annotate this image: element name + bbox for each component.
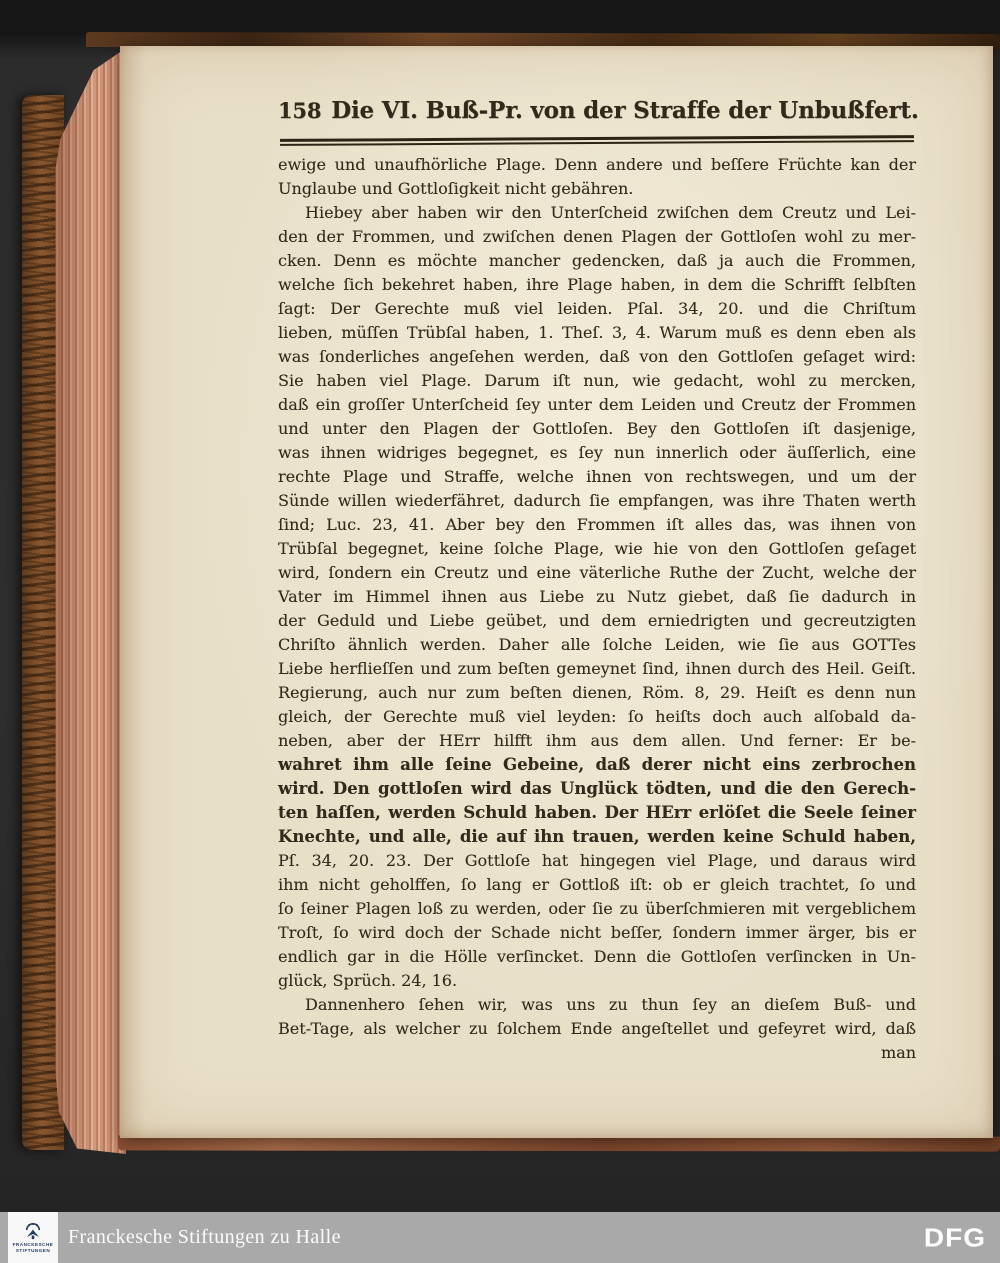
text-line: ſo ſeiner Plagen loß zu werden, oder ſie… (278, 897, 916, 921)
dfg-logo[interactable]: DFG (924, 1223, 986, 1252)
text-line: ewige und unaufhörliche Plage. Denn ande… (278, 153, 916, 177)
book-page-scan: 158Die VI. Buß-Pr. von der Straffe der U… (120, 46, 993, 1138)
text-line: Hiebey aber haben wir den Unterſcheid zw… (278, 201, 916, 225)
text-line: neben, aber der HErr hilfft ihm aus dem … (278, 729, 916, 753)
text-line: was ſonderliches angeſehen werden, daß v… (278, 345, 916, 369)
text-line: rechte Plage und Straffe, welche ihnen v… (278, 465, 916, 489)
text-line: Trübſal begegnet, keine ſolche Plage, wi… (278, 537, 916, 561)
text-line: cken. Denn es möchte mancher gedencken, … (278, 249, 916, 273)
page-content: 158Die VI. Buß-Pr. von der Straffe der U… (120, 46, 993, 1065)
text-line: ten haſſen, werden Schuld haben. Der HEr… (278, 801, 916, 825)
eagle-sun-icon (22, 1222, 44, 1240)
viewer-stage: 158Die VI. Buß-Pr. von der Straffe der U… (0, 0, 1000, 1263)
logo-caption-line2: STIFTUNGEN (13, 1248, 54, 1253)
text-line: wird, ſondern ein Creutz und eine väterl… (278, 561, 916, 585)
text-line: Vater im Himmel ihnen aus Liebe zu Nutz … (278, 585, 916, 609)
body-text: ewige und unaufhörliche Plage. Denn ande… (278, 153, 916, 1041)
text-line: Troſt, ſo wird doch der Schade nicht beſ… (278, 921, 916, 945)
viewer-footer: FRANCKESCHE STIFTUNGEN Franckesche Stift… (0, 1212, 1000, 1263)
text-line: und unter den Plagen der Gottloſen. Bey … (278, 417, 916, 441)
catchword: man (278, 1041, 916, 1065)
franckesche-stiftungen-logo[interactable]: FRANCKESCHE STIFTUNGEN (8, 1212, 58, 1263)
text-line: glück, Sprüch. 24, 16. (278, 969, 916, 993)
text-line: Pſ. 34, 20. 23. Der Gottloſe hat hingege… (278, 849, 916, 873)
text-line: endlich gar in die Hölle verſincket. Den… (278, 945, 916, 969)
logo-caption: FRANCKESCHE STIFTUNGEN (13, 1242, 54, 1253)
text-line: der Geduld und Liebe geübet, und dem ern… (278, 609, 916, 633)
text-line: was ihnen widriges begegnet, es ſey nun … (278, 441, 916, 465)
page-fore-edge (54, 48, 126, 1154)
text-line: wahret ihm alle ſeine Gebeine, daß derer… (278, 753, 916, 777)
text-line: Bet-Tage, als welcher zu ſolchem Ende an… (278, 1017, 916, 1041)
text-line: Liebe herflieſſen und zum beſten gemeyne… (278, 657, 916, 681)
text-line: Chriſto ähnlich werden. Daher alle ſolch… (278, 633, 916, 657)
text-line: Knechte, und alle, die auf ihn trauen, w… (278, 825, 916, 849)
chapter-title: Die VI. Buß-Pr. von der Straffe der Unbu… (331, 97, 918, 124)
text-line: Regierung, auch nur zum beſten dienen, R… (278, 681, 916, 705)
institution-title: Franckesche Stiftungen zu Halle (68, 1226, 341, 1249)
page-number: 158 (278, 98, 321, 123)
text-line: Sie haben viel Plage. Darum iſt nun, wie… (278, 369, 916, 393)
running-header: 158Die VI. Buß-Pr. von der Straffe der U… (278, 94, 916, 128)
text-line: wird. Den gottloſen wird das Unglück töd… (278, 777, 916, 801)
text-line: ſind; Luc. 23, 41. Aber bey den Frommen … (278, 513, 916, 537)
text-line: gleich, der Gerechte muß viel leyden: ſo… (278, 705, 916, 729)
text-line: welche ſich bekehret haben, ihre Plage h… (278, 273, 916, 297)
text-line: daß ein groſſer Unterſcheid ſey unter de… (278, 393, 916, 417)
text-line: Dannenhero ſehen wir, was uns zu thun ſe… (278, 993, 916, 1017)
header-double-rule (280, 135, 914, 146)
text-line: Sünde willen wiederfähret, dadurch ſie e… (278, 489, 916, 513)
text-line: ſagt: Der Gerechte muß viel leiden. Pſal… (278, 297, 916, 321)
text-line: Unglaube und Gottloſigkeit nicht gebähre… (278, 177, 916, 201)
text-line: den der Frommen, und zwiſchen denen Plag… (278, 225, 916, 249)
text-line: lieben, müſſen Trübſal haben, 1. Theſ. 3… (278, 321, 916, 345)
text-line: ihm nicht geholffen, ſo lang er Gottloß … (278, 873, 916, 897)
logo-caption-line1: FRANCKESCHE (13, 1242, 54, 1247)
